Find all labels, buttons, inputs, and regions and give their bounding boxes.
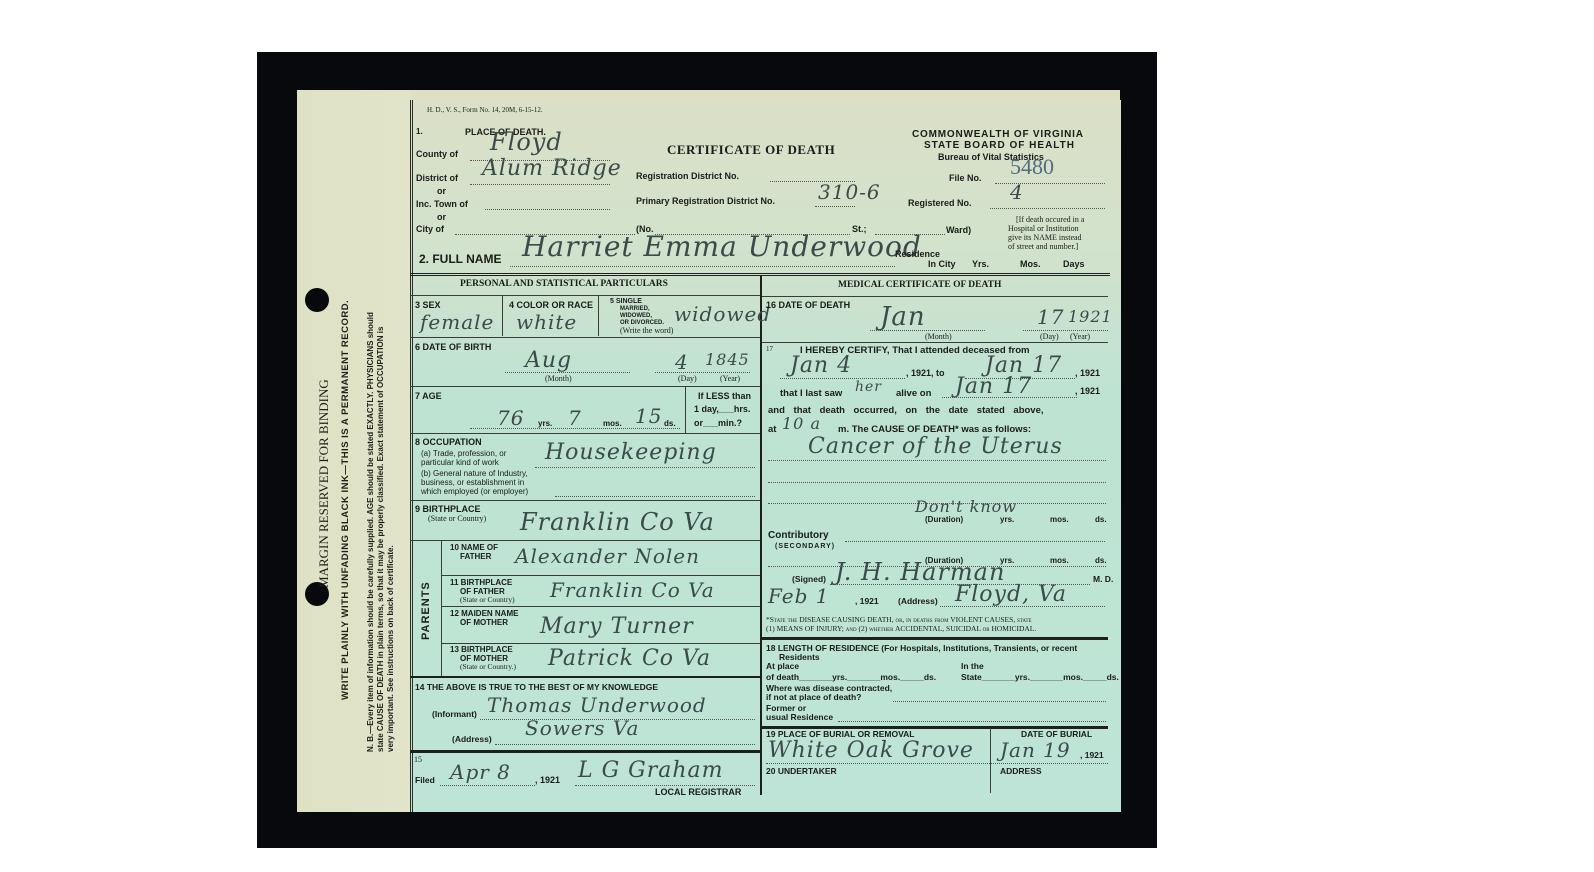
parents-label: PARENTS	[420, 581, 432, 640]
occupation-b-line	[555, 496, 755, 497]
nb-note-line-1: N. B.—Every item of information should b…	[366, 312, 375, 752]
burial-date-value: Jan 19	[1000, 738, 1071, 762]
full-name-value: Harriet Emma Underwood	[522, 230, 922, 263]
file-no-label: File No.	[949, 173, 982, 183]
divider	[762, 637, 1108, 640]
contracted-line	[893, 701, 1106, 702]
former-residence-label-2: usual Residence	[766, 712, 833, 722]
alive-on-label: alive on	[896, 388, 931, 399]
last-saw-label: that I last saw	[780, 388, 842, 399]
signature-address-label: (Address)	[898, 596, 938, 606]
signed-label: (Signed)	[792, 574, 826, 584]
date-of-death-label: 16 DATE OF DEATH	[766, 300, 850, 310]
divider	[762, 296, 1108, 297]
certificate-title: CERTIFICATE OF DEATH	[667, 142, 835, 158]
write-plainly-note: WRITE PLAINLY WITH UNFADING BLACK INK—TH…	[340, 300, 351, 700]
file-number-stamp: 5480	[1010, 154, 1054, 180]
marital-label-1: 5 SINGLE	[610, 298, 642, 305]
sex-value: female	[420, 310, 494, 334]
duration-mos-2: mos.	[1050, 556, 1069, 565]
residence-mos-label: Mos.	[1020, 259, 1041, 269]
local-registrar-label: LOCAL REGISTRAR	[655, 787, 741, 797]
filed-date-line	[440, 785, 535, 786]
last-saw-pronoun: her	[855, 379, 882, 395]
in-city-label: In City	[928, 259, 956, 269]
duration-value: Don't know	[915, 497, 1017, 516]
personal-section-header: PERSONAL AND STATISTICAL PARTICULARS	[460, 279, 668, 289]
cause-line-1	[768, 460, 1106, 461]
issuer-line-1: COMMONWEALTH OF VIRGINIA	[912, 129, 1084, 140]
dob-month-caption: (Month)	[545, 374, 572, 383]
less-than-2: 1 day,___hrs.	[694, 404, 750, 414]
dod-year-caption: (Year)	[1070, 332, 1090, 341]
attended-from: Jan 4	[790, 353, 852, 378]
of-death-line: of death_______yrs._______mos._____ds.	[766, 672, 936, 682]
last-saw-year: , 1921	[1075, 386, 1100, 396]
dob-month: Aug	[525, 348, 572, 373]
father-bp-label-3: (State or Country)	[460, 595, 515, 604]
filed-label: Filed	[415, 775, 435, 785]
binding-margin-label: MARGIN RESERVED FOR BINDING	[316, 379, 332, 588]
father-value: Alexander Nolen	[515, 544, 700, 568]
county-label: County of	[416, 149, 458, 159]
divider	[502, 296, 503, 336]
last-saw-date: Jan 17	[955, 374, 1032, 399]
mother-label-2: OF MOTHER	[460, 618, 508, 627]
signature-address-value: Floyd, Va	[955, 582, 1067, 607]
cause-line-2	[768, 482, 1106, 483]
nb-note-line-3: very important. See instructions on back…	[386, 545, 395, 752]
attended-from-year: , 1921, to	[906, 368, 945, 378]
medical-section-header: MEDICAL CERTIFICATE OF DEATH	[838, 280, 1001, 290]
marital-label-3: WIDOWED,	[620, 313, 652, 319]
town-label: Inc. Town of	[416, 199, 468, 209]
or-label-1: or	[437, 186, 446, 196]
at-place-label: At place	[766, 661, 799, 671]
dod-month: Jan	[880, 302, 926, 332]
binding-hole-top	[305, 288, 329, 312]
divider	[410, 295, 760, 296]
duration-mos-1: mos.	[1050, 515, 1069, 524]
duration-ds-1: ds.	[1095, 515, 1107, 524]
center-divider	[760, 275, 762, 795]
dob-day-caption: (Day)	[678, 374, 697, 383]
age-years: 76	[497, 406, 524, 430]
father-birthplace-value: Franklin Co Va	[550, 578, 715, 602]
mother-birthplace-value: Patrick Co Va	[548, 646, 711, 671]
age-label: 7 AGE	[415, 391, 442, 401]
father-label-2: FATHER	[460, 552, 491, 561]
primary-registration-value: 310-6	[818, 180, 881, 204]
primary-registration-label: Primary Registration District No.	[636, 196, 775, 206]
contracted-label-2: if not at place of death?	[766, 692, 861, 702]
mother-bp-label-1: 13 BIRTHPLACE	[450, 645, 513, 654]
mother-bp-label-3: (State or Country.)	[460, 662, 516, 671]
registration-district-label: Registration District No.	[636, 171, 739, 181]
certify-number: 17	[766, 345, 773, 353]
registered-no-line	[990, 208, 1105, 209]
informant-address-value: Sowers Va	[525, 716, 639, 740]
occupation-b-1: (b) General nature of Industry,	[421, 469, 528, 478]
ward-label: Ward)	[946, 225, 971, 235]
divider	[990, 728, 991, 793]
divider	[762, 342, 1108, 343]
occupation-b-2: business, or establishment in	[421, 478, 524, 487]
divider	[441, 606, 760, 607]
mother-value: Mary Turner	[540, 614, 694, 639]
divider	[410, 750, 760, 753]
filed-year: , 1921	[535, 775, 560, 785]
hospital-note-3: give its NAME instead	[1008, 233, 1082, 242]
informant-header: 14 THE ABOVE IS TRUE TO THE BEST OF MY K…	[415, 682, 658, 692]
undertaker-address-label: ADDRESS	[1000, 766, 1042, 776]
birthplace-caption: (State or Country)	[428, 514, 486, 523]
place-of-death-number: 1.	[416, 127, 423, 136]
signed-date: Feb 1	[768, 584, 830, 608]
dob-year: 1845	[705, 350, 750, 369]
divider	[598, 296, 599, 336]
mother-label-1: 12 MAIDEN NAME	[450, 609, 518, 618]
race-value: white	[516, 310, 577, 334]
registered-no-value: 4	[1010, 180, 1024, 204]
residence-days-label: Days	[1063, 259, 1085, 269]
burial-place-value: White Oak Grove	[768, 738, 974, 763]
duration-label-1: (Duration)	[925, 515, 963, 524]
less-than-3: or___min.?	[694, 418, 742, 428]
occupation-a-1: (a) Trade, profession, or	[421, 449, 506, 458]
undertaker-label: 20 UNDERTAKER	[766, 766, 837, 776]
secondary-label: (SECONDARY)	[775, 543, 835, 550]
father-bp-label-1: 11 BIRTHPLACE	[450, 578, 512, 587]
registrar-line	[575, 785, 755, 786]
full-name-label: 2. FULL NAME	[419, 252, 501, 266]
form-id: H. D., V. S., Form No. 14, 20M, 6-15-12.	[427, 106, 543, 114]
state-line: State_______yrs._______mos._____ds.	[961, 672, 1119, 682]
or-label-2: or	[437, 212, 446, 222]
filed-number: 15	[414, 755, 422, 764]
occupation-a-line	[535, 467, 755, 468]
divider	[410, 433, 760, 434]
age-days: 15	[635, 404, 662, 428]
age-ds-caption: ds.	[664, 419, 676, 428]
issuer-line-2: STATE BOARD OF HEALTH	[924, 140, 1075, 151]
signed-year: , 1921	[855, 596, 879, 606]
father-label-1: 10 NAME OF	[450, 543, 498, 552]
hospital-note-1: [If death occured in a	[1016, 215, 1084, 224]
cause-of-death-value: Cancer of the Uterus	[808, 434, 1063, 459]
age-mos-caption: mos.	[603, 419, 622, 428]
age-months: 7	[568, 406, 582, 430]
burial-line	[766, 763, 1108, 764]
in-the-label: In the	[961, 661, 984, 671]
dob-year-caption: (Year)	[720, 374, 740, 383]
dob-day-year-line	[655, 372, 750, 373]
town-line	[485, 209, 610, 210]
informant-address-label: (Address)	[452, 734, 492, 744]
marital-value: widowed	[674, 302, 771, 326]
registrar-signature: L G Graham	[578, 758, 724, 783]
marital-label-2: MARRIED,	[620, 306, 650, 312]
marital-label-5: (Write the word)	[620, 326, 673, 335]
city-label: City of	[416, 224, 444, 234]
attended-from-line	[780, 378, 905, 379]
divider	[441, 541, 442, 676]
sex-label: 3 SEX	[415, 300, 441, 310]
burial-year: , 1921	[1080, 750, 1104, 760]
contributory-label: Contributory	[768, 530, 829, 541]
district-label: District of	[416, 173, 458, 183]
filed-date-value: Apr 8	[450, 760, 511, 784]
contributory-line	[845, 541, 1105, 542]
occupation-label: 8 OCCUPATION	[415, 437, 482, 447]
residence-yrs-label: Yrs.	[972, 259, 989, 269]
divider	[410, 676, 760, 678]
district-line	[470, 184, 610, 185]
dob-label: 6 DATE OF BIRTH	[415, 342, 491, 352]
divider	[441, 575, 760, 576]
district-value: Alum Ridge	[482, 156, 622, 181]
dob-day: 4	[675, 350, 689, 374]
dod-day-year-line	[1023, 330, 1108, 331]
dod-day: 17	[1037, 305, 1064, 329]
informant-label: (Informant)	[432, 709, 477, 719]
occupation-b-3: which employed (or employer)	[421, 487, 528, 496]
occupation-value: Housekeeping	[545, 440, 717, 465]
dod-month-caption: (Month)	[925, 332, 952, 341]
divider	[410, 386, 760, 387]
birthplace-value: Franklin Co Va	[520, 508, 715, 536]
residence-label: Residence	[895, 249, 940, 259]
divider	[441, 643, 760, 644]
nb-note-line-2: state CAUSE OF DEATH in plain terms, so …	[376, 327, 385, 752]
footnote-line-1: *State the DISEASE CAUSING DEATH, or, in…	[766, 615, 1032, 624]
less-than-1: If LESS than	[698, 391, 751, 401]
at-label: at	[768, 424, 776, 435]
birthplace-label: 9 BIRTHPLACE	[415, 504, 481, 514]
age-yrs-caption: yrs.	[538, 419, 552, 428]
race-label: 4 COLOR OR RACE	[509, 300, 593, 310]
time-of-death: 10 a	[782, 414, 821, 433]
hospital-note-4: of street and number.]	[1008, 242, 1078, 251]
primary-registration-line	[815, 206, 855, 207]
former-residence-line	[838, 721, 1106, 722]
occupation-a-2: particular kind of work	[421, 458, 499, 467]
full-name-line	[510, 266, 895, 267]
age-line	[470, 428, 680, 429]
dod-year: 1921	[1068, 307, 1113, 326]
divider	[410, 337, 760, 338]
duration-yrs-1: yrs.	[1000, 515, 1014, 524]
dod-day-caption: (Day)	[1040, 332, 1059, 341]
divider	[410, 540, 760, 541]
registered-no-label: Registered No.	[908, 198, 972, 208]
informant-address-line	[495, 744, 755, 745]
hospital-note-2: Hospital or Institution	[1008, 224, 1079, 233]
footnote-line-2: (1) MEANS OF INJURY; and (2) whether ACC…	[766, 624, 1036, 633]
duration-ds-2: ds.	[1095, 556, 1107, 565]
attended-to-year: , 1921	[1075, 368, 1100, 378]
divider	[685, 387, 686, 433]
divider	[410, 500, 760, 501]
county-value: Floyd	[490, 128, 563, 156]
md-label: M. D.	[1093, 574, 1113, 584]
informant-value: Thomas Underwood	[487, 693, 707, 717]
